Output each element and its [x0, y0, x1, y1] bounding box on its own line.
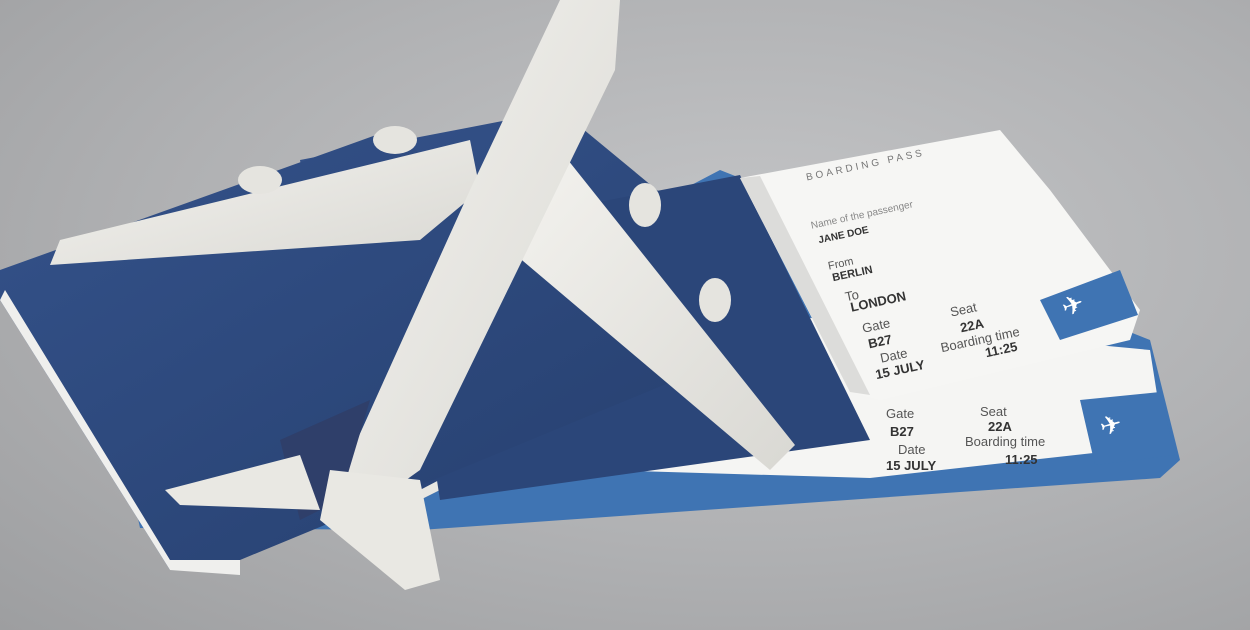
gate-value-bottom: B27	[890, 424, 914, 439]
boarding-time-value-bottom: 11:25	[1005, 452, 1038, 467]
boarding-time-label-bottom: Boarding time	[965, 434, 1045, 449]
seat-value-bottom: 22A	[988, 419, 1012, 434]
date-label-bottom: Date	[898, 442, 925, 457]
scene-illustration	[0, 0, 1250, 630]
gate-label-bottom: Gate	[886, 406, 914, 421]
photo-scene: BOARDING PASS Name of the passenger JANE…	[0, 0, 1250, 630]
date-value-bottom: 15 JULY	[886, 458, 936, 473]
seat-label-bottom: Seat	[980, 404, 1007, 419]
